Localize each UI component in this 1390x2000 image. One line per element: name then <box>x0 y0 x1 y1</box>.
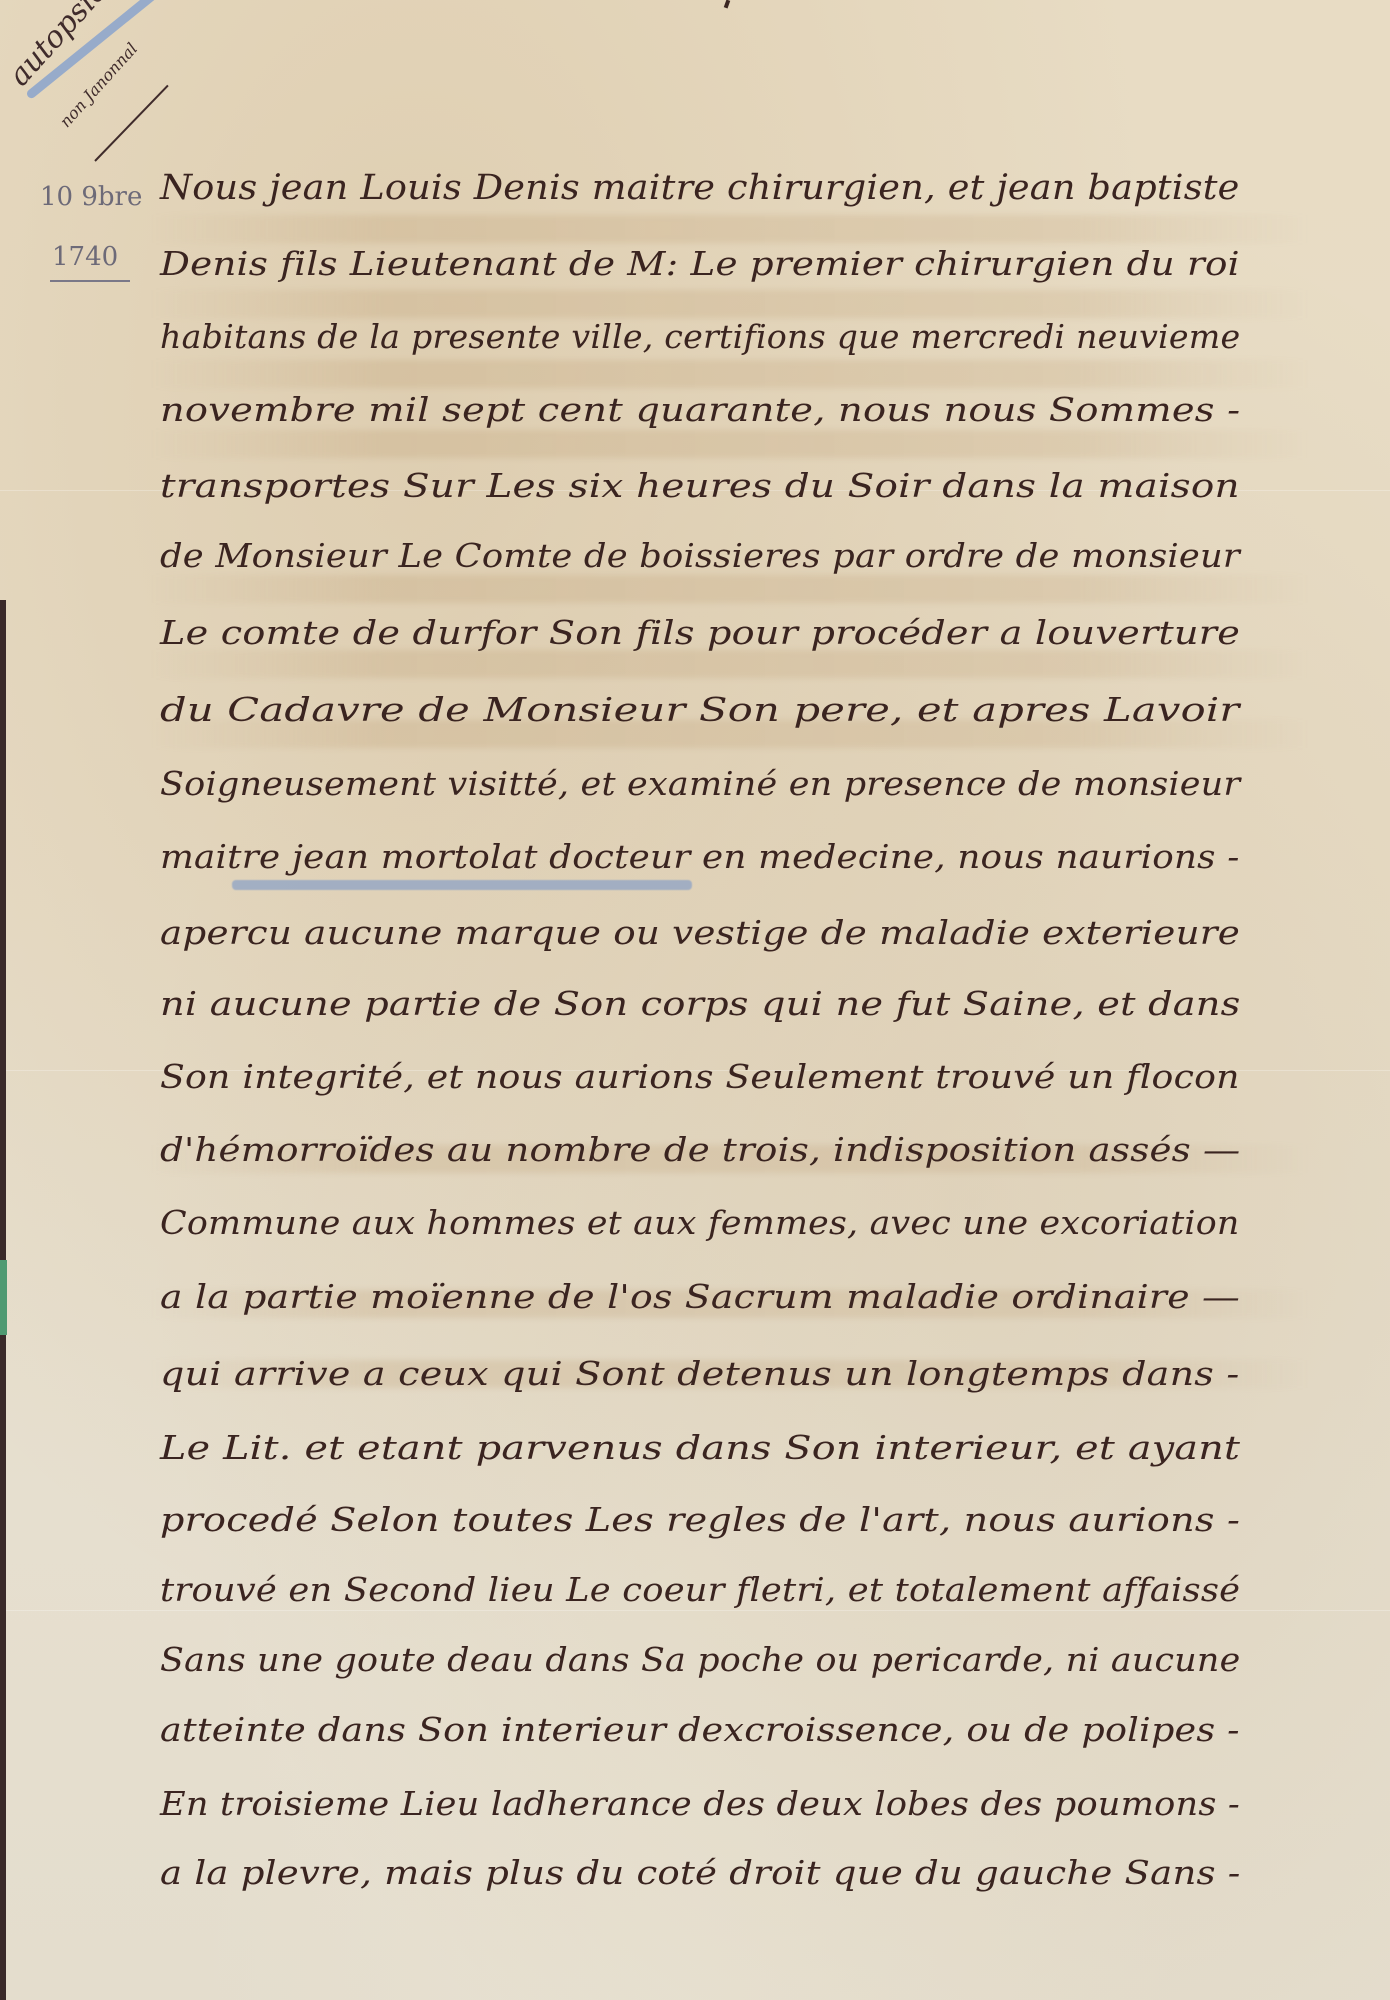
ink-bleed <box>150 650 1310 678</box>
text-line: habitans de la presente ville, certifion… <box>160 317 1240 356</box>
margin-note-year: 1740 <box>52 242 118 272</box>
text-line: Soigneusement visitté, et examiné en pre… <box>160 764 1240 803</box>
paper-fold <box>0 1610 1390 1611</box>
ink-bleed <box>150 575 1310 603</box>
text-line: de Monsieur Le Comte de boissieres par o… <box>160 536 1240 575</box>
text-line: qui arrive a ceux qui Sont detenus un lo… <box>160 1354 1239 1393</box>
text-line: En troisieme Lieu ladherance des deux lo… <box>160 1784 1240 1823</box>
text-line: procedé Selon toutes Les regles de l'art… <box>160 1500 1240 1539</box>
ink-bleed <box>150 360 1310 388</box>
text-line: Le comte de durfor Son fils pour procéde… <box>160 613 1240 652</box>
text-line: transportes Sur Les six heures du Soir d… <box>160 466 1240 505</box>
text-line: Sans une goute deau dans Sa poche ou per… <box>160 1640 1240 1679</box>
blue-pencil-underline <box>232 880 692 890</box>
text-line: novembre mil sept cent quarante, nous no… <box>160 390 1240 429</box>
text-line: a la partie moïenne de l'os Sacrum malad… <box>160 1277 1240 1316</box>
text-line: Commune aux hommes et aux femmes, avec u… <box>160 1203 1240 1242</box>
binding-edge-green-patch <box>0 1260 7 1335</box>
margin-note-date: 10 9bre <box>40 182 142 212</box>
ink-bleed <box>150 215 1310 243</box>
text-line: Le Lit. et etant parvenus dans Son inter… <box>160 1428 1240 1467</box>
text-line: Son integrité, et nous aurions Seulement… <box>160 1057 1240 1096</box>
text-line: maitre jean mortolat docteur en medecine… <box>160 837 1240 876</box>
text-line: ni aucune partie de Son corps qui ne fut… <box>160 984 1241 1023</box>
ink-bleed <box>150 430 1310 458</box>
text-line: apercu aucune marque ou vestige de malad… <box>160 913 1240 952</box>
text-line: d'hémorroïdes au nombre de trois, indisp… <box>160 1130 1240 1169</box>
text-line: atteinte dans Son interieur dexcroissenc… <box>160 1710 1240 1749</box>
text-line: Nous jean Louis Denis maitre chirurgien,… <box>160 168 1240 208</box>
text-line: du Cadavre de Monsieur Son pere, et apre… <box>160 690 1240 729</box>
text-line: Denis fils Lieutenant de M: Le premier c… <box>160 244 1240 283</box>
text-line: a la plevre, mais plus du coté droit que… <box>160 1853 1241 1892</box>
margin-note-year-underline <box>50 280 130 282</box>
ink-bleed <box>150 290 1310 318</box>
text-line: trouvé en Second lieu Le coeur fletri, e… <box>160 1570 1240 1609</box>
